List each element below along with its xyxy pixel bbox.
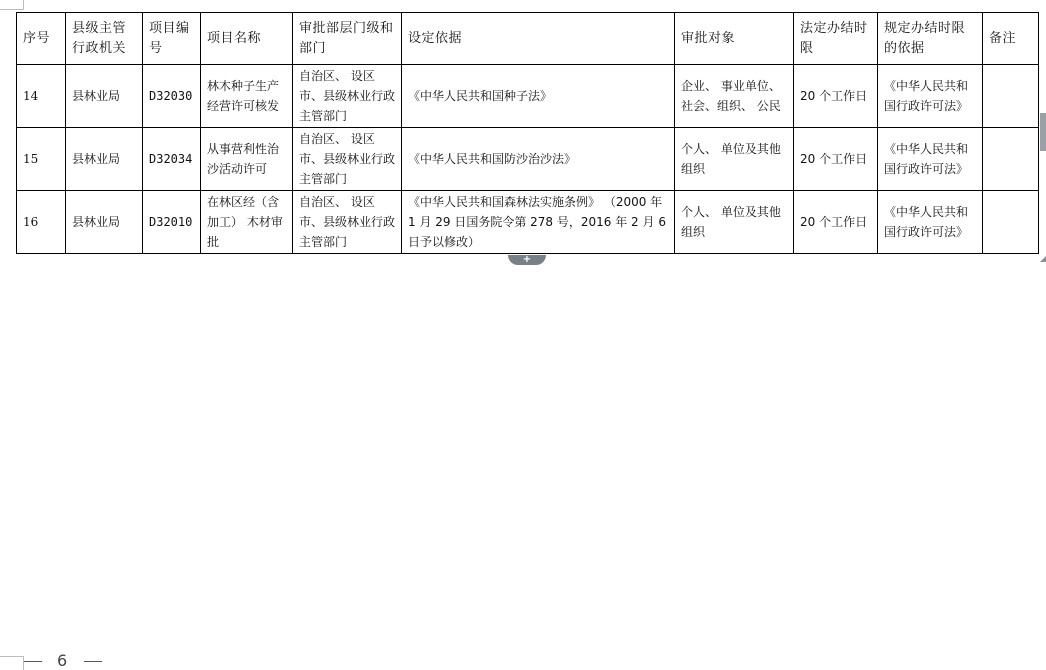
- page-corner-mark: [23, 0, 24, 10]
- cell-remark[interactable]: [983, 65, 1039, 128]
- cell-remark[interactable]: [983, 128, 1039, 191]
- cell-basis[interactable]: 《中华人民共和国种子法》: [402, 65, 675, 128]
- header-dept: 审批部层门级和部门: [293, 13, 402, 65]
- cell-authority[interactable]: 县林业局: [66, 65, 143, 128]
- cell-limit[interactable]: 20 个工作日: [794, 128, 878, 191]
- cell-authority[interactable]: 县林业局: [66, 128, 143, 191]
- cell-remark[interactable]: [983, 191, 1039, 254]
- page-number: 6: [57, 651, 67, 670]
- table-row: 16 县林业局 D32010 在林区经（含加工） 木材审批 自治区、 设区市、县…: [17, 191, 1039, 254]
- cell-seq[interactable]: 14: [17, 65, 66, 128]
- page-corner-mark: [0, 656, 24, 657]
- cell-seq[interactable]: 15: [17, 128, 66, 191]
- cell-name[interactable]: 从事营利性治沙活动许可: [201, 128, 293, 191]
- header-name: 项目名称: [201, 13, 293, 65]
- page-corner-mark: [23, 656, 24, 670]
- header-basis: 设定依据: [402, 13, 675, 65]
- cell-target[interactable]: 个人、 单位及其他组织: [675, 191, 794, 254]
- cell-limit[interactable]: 20 个工作日: [794, 191, 878, 254]
- approval-items-table: 序号 县级主管行政机关 项目编号 项目名称 审批部层门级和部门 设定依据 审批对…: [16, 12, 1039, 254]
- cell-limit[interactable]: 20 个工作日: [794, 65, 878, 128]
- table-header-row: 序号 县级主管行政机关 项目编号 项目名称 审批部层门级和部门 设定依据 审批对…: [17, 13, 1039, 65]
- cell-limit-basis[interactable]: 《中华人民共和国行政许可法》: [878, 191, 983, 254]
- cell-name[interactable]: 林木种子生产经营许可核发: [201, 65, 293, 128]
- cell-code[interactable]: D32030: [143, 65, 201, 128]
- table-row: 15 县林业局 D32034 从事营利性治沙活动许可 自治区、 设区市、县级林业…: [17, 128, 1039, 191]
- add-row-button[interactable]: +: [508, 255, 546, 265]
- page-corner-mark: [0, 9, 23, 10]
- header-code: 项目编号: [143, 13, 201, 65]
- cell-dept[interactable]: 自治区、 设区市、县级林业行政主管部门: [293, 65, 402, 128]
- header-remark: 备注: [983, 13, 1039, 65]
- cell-target[interactable]: 企业、 事业单位、社会、组织、 公民: [675, 65, 794, 128]
- cell-limit-basis[interactable]: 《中华人民共和国行政许可法》: [878, 65, 983, 128]
- header-authority: 县级主管行政机关: [66, 13, 143, 65]
- cell-code[interactable]: D32010: [143, 191, 201, 254]
- header-seq: 序号: [17, 13, 66, 65]
- table-row: 14 县林业局 D32030 林木种子生产经营许可核发 自治区、 设区市、县级林…: [17, 65, 1039, 128]
- header-limit-basis: 规定办结时限的依据: [878, 13, 983, 65]
- cell-dept[interactable]: 自治区、 设区市、县级林业行政主管部门: [293, 128, 402, 191]
- cell-limit-basis[interactable]: 《中华人民共和国行政许可法》: [878, 128, 983, 191]
- header-limit: 法定办结时限: [794, 13, 878, 65]
- cell-basis[interactable]: 《中华人民共和国森林法实施条例》 （2000 年 1 月 29 日国务院令第 2…: [402, 191, 675, 254]
- cell-dept[interactable]: 自治区、 设区市、县级林业行政主管部门: [293, 191, 402, 254]
- cell-seq[interactable]: 16: [17, 191, 66, 254]
- header-target: 审批对象: [675, 13, 794, 65]
- table-row-handle[interactable]: [1040, 113, 1046, 151]
- table-resize-handle[interactable]: [1040, 256, 1046, 262]
- page-number-dash-right: [84, 661, 102, 662]
- cell-name[interactable]: 在林区经（含加工） 木材审批: [201, 191, 293, 254]
- cell-code[interactable]: D32034: [143, 128, 201, 191]
- cell-authority[interactable]: 县林业局: [66, 191, 143, 254]
- plus-icon: +: [523, 254, 531, 265]
- page-number-dash-left: [24, 661, 42, 662]
- cell-target[interactable]: 个人、 单位及其他组织: [675, 128, 794, 191]
- cell-basis[interactable]: 《中华人民共和国防沙治沙法》: [402, 128, 675, 191]
